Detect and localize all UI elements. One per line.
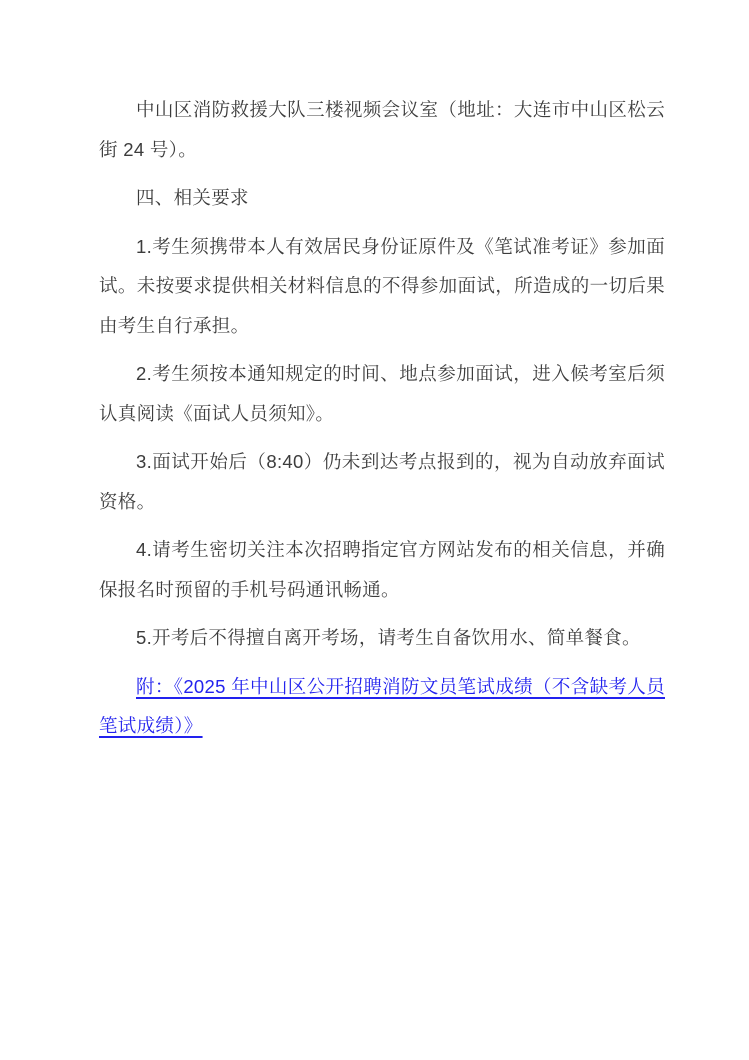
- attachment-score-link[interactable]: 附：《2025 年中山区公开招聘消防文员笔试成绩（不含缺考人员笔试成绩）》: [99, 676, 665, 737]
- paragraph-attachment: 附：《2025 年中山区公开招聘消防文员笔试成绩（不含缺考人员笔试成绩）》: [99, 667, 665, 746]
- requirement-item-5: 5.开考后不得擅自离开考场，请考生自备饮用水、简单餐食。: [99, 618, 665, 658]
- paragraph-venue-address: 中山区消防救援大队三楼视频会议室（地址：大连市中山区松云街 24 号）。: [99, 90, 665, 169]
- document-content: 中山区消防救援大队三楼视频会议室（地址：大连市中山区松云街 24 号）。 四、相…: [0, 0, 749, 746]
- requirement-item-3: 3.面试开始后（8:40）仍未到达考点报到的，视为自动放弃面试资格。: [99, 442, 665, 521]
- section-heading-related-requirements: 四、相关要求: [99, 178, 665, 218]
- requirement-item-2: 2.考生须按本通知规定的时间、地点参加面试，进入候考室后须认真阅读《面试人员须知…: [99, 354, 665, 433]
- requirement-item-4: 4.请考生密切关注本次招聘指定官方网站发布的相关信息，并确保报名时预留的手机号码…: [99, 530, 665, 609]
- document-page: 中山区消防救援大队三楼视频会议室（地址：大连市中山区松云街 24 号）。 四、相…: [0, 0, 749, 1060]
- requirement-item-1: 1.考生须携带本人有效居民身份证原件及《笔试准考证》参加面试。未按要求提供相关材…: [99, 227, 665, 346]
